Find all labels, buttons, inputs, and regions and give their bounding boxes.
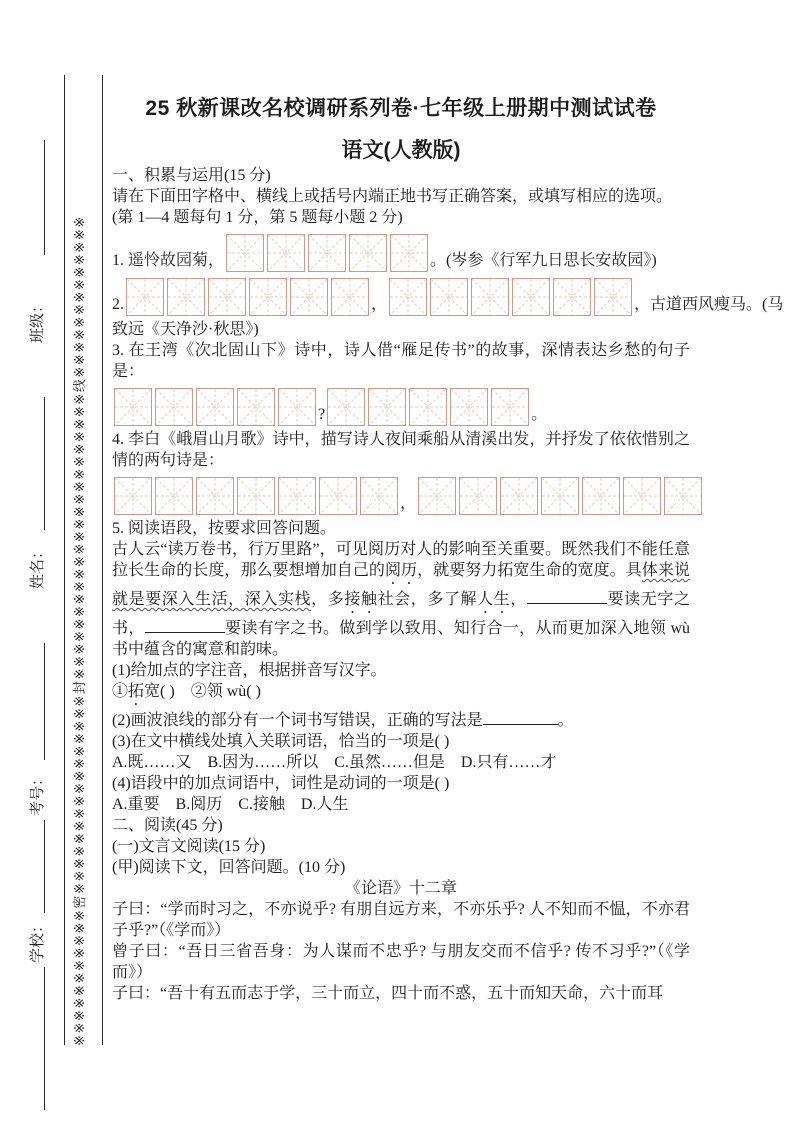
page-title: 25 秋新课改名校调研系列卷·七年级上册期中测试试卷 bbox=[112, 95, 690, 123]
article-paragraph: 曾子曰：“吾日三省吾身：为人谋而不忠乎? 与朋友交而不信乎? 传不习乎?”（《学… bbox=[112, 941, 690, 983]
answer-grid-box bbox=[389, 278, 427, 316]
field-label-class: 班级： bbox=[29, 298, 47, 343]
question-3-text: 3. 在王湾《次北固山下》诗中，诗人借“雁足传书”的故事，深情表达乡愁的句子是： bbox=[112, 340, 690, 382]
answer-grid-box bbox=[450, 388, 488, 426]
answer-grid-box bbox=[553, 278, 591, 316]
answer-grid-group bbox=[389, 278, 632, 316]
answer-grid-box bbox=[167, 278, 205, 316]
answer-grid-box bbox=[471, 278, 509, 316]
question-1-row: 1. 遥怜故园菊，。(岑参《行军九日思长安故园》) bbox=[112, 234, 690, 272]
answer-grid-box bbox=[327, 388, 365, 426]
text-run: 2. bbox=[112, 294, 124, 316]
text-run: 1. 遥怜故园菊， bbox=[112, 250, 224, 272]
seal-line-marks: ※※※※※※※※※※※密※※※※※※※※※※※※※※※※封※※※※※※※※※※※… bbox=[71, 56, 91, 1046]
answer-grid-box bbox=[623, 477, 661, 515]
answer-grid-box bbox=[237, 388, 275, 426]
answer-grid-box bbox=[196, 388, 234, 426]
text-run: ， bbox=[510, 591, 527, 608]
section1-heading: 一、积累与运用(15 分) bbox=[112, 165, 690, 186]
text-run: ① bbox=[112, 683, 128, 700]
section2-part-head: (甲)阅读下文，回答问题。(10 分) bbox=[112, 857, 690, 878]
answer-grid-box bbox=[664, 477, 702, 515]
seal-border-right bbox=[102, 75, 103, 1045]
field-blank-line bbox=[44, 967, 45, 1110]
answer-grid-box bbox=[114, 477, 152, 515]
answer-grid-box bbox=[500, 477, 538, 515]
section1-intro: 请在下面田字格中、横线上或括号内端正地书写正确答案，或填写相应的选项。 bbox=[112, 186, 690, 207]
answer-grid-box bbox=[155, 388, 193, 426]
answer-grid-box bbox=[594, 278, 632, 316]
answer-grid-box bbox=[126, 278, 164, 316]
text-run: 社会，多了解 bbox=[378, 591, 478, 608]
question-5-head: 5. 阅读语段，按要求回答问题。 bbox=[112, 518, 690, 539]
answer-grid-box bbox=[349, 234, 387, 272]
field-label-student-name: 姓名： bbox=[29, 544, 47, 589]
text-run: ? bbox=[318, 404, 325, 426]
answer-grid-group bbox=[418, 477, 702, 515]
text-run: ，就要努力拓宽生命的宽度。具 bbox=[417, 562, 642, 579]
answer-grid-box bbox=[541, 477, 579, 515]
answer-grid-box bbox=[368, 388, 406, 426]
answer-grid-box bbox=[331, 278, 369, 316]
emphasized-text: 接触 bbox=[344, 591, 377, 608]
question-5-sub4-options: A.重要 B.阅历 C.接触 D.人生 bbox=[112, 794, 690, 815]
answer-blank-line bbox=[483, 709, 558, 725]
exam-paper-page: 学校： 考号： 姓名： 班级： ※※※※※※※※※※※密※※※※※※※※※※※※… bbox=[0, 0, 793, 1122]
answer-grid-box bbox=[390, 234, 428, 272]
field-blank-line bbox=[44, 397, 45, 530]
answer-grid-box bbox=[208, 278, 246, 316]
section1-intro-scoring: (第 1—4 题每句 1 分，第 5 题每小题 2 分) bbox=[112, 207, 690, 228]
answer-grid-box bbox=[196, 477, 234, 515]
field-blank-line bbox=[44, 820, 45, 913]
answer-grid-box bbox=[278, 477, 316, 515]
answer-grid-box bbox=[155, 477, 193, 515]
question-4-answer-row: ， bbox=[112, 477, 690, 515]
answer-grid-box bbox=[226, 234, 264, 272]
article-paragraph: 子曰：“学而时习之，不亦说乎? 有朋自远方来，不亦乐乎? 人不知而不愠，不亦君子… bbox=[112, 899, 690, 941]
question-5-sub4: (4)语段中的加点词语中，词性是动词的一项是( ) bbox=[112, 773, 690, 794]
text-run: 。 bbox=[531, 404, 547, 426]
text-run: ，多 bbox=[311, 591, 344, 608]
emphasized-text: 拓 bbox=[128, 683, 144, 700]
answer-grid-box bbox=[278, 388, 316, 426]
question-2-row: 2.，，古道西风瘦马。(马 bbox=[112, 278, 690, 316]
answer-blank-line bbox=[527, 588, 607, 604]
answer-grid-box bbox=[360, 477, 398, 515]
text-run: (2)画波浪线的部分有一个词书写错误，正确的写法是 bbox=[112, 712, 483, 729]
answer-grid-box bbox=[582, 477, 620, 515]
text-run: 宽( ) ②领 wù( ) bbox=[144, 683, 261, 700]
answer-grid-box bbox=[237, 477, 275, 515]
question-5-sub1: (1)给加点的字注音，根据拼音写汉字。 bbox=[112, 660, 690, 681]
answer-grid-box bbox=[319, 477, 357, 515]
article-title: 《论语》十二章 bbox=[112, 878, 690, 899]
answer-grid-group bbox=[226, 234, 428, 272]
question-2-continuation: 致远《天净沙·秋思》) bbox=[112, 319, 690, 340]
question-3-answer-row: ?。 bbox=[112, 388, 690, 426]
answer-grid-group bbox=[114, 477, 398, 515]
answer-grid-box bbox=[491, 388, 529, 426]
answer-grid-box bbox=[114, 388, 152, 426]
emphasized-text: 人生 bbox=[477, 591, 510, 608]
answer-grid-box bbox=[418, 477, 456, 515]
answer-grid-box bbox=[308, 234, 346, 272]
answer-grid-box bbox=[249, 278, 287, 316]
field-label-exam-number: 考号： bbox=[29, 771, 47, 816]
answer-grid-group bbox=[114, 388, 316, 426]
field-blank-line bbox=[44, 140, 45, 255]
seal-border-left bbox=[64, 75, 65, 1045]
page-subtitle: 语文(人教版) bbox=[112, 137, 690, 165]
text-run: ， bbox=[371, 294, 387, 316]
question-5-sub3-options: A.既……又 B.因为……所以 C.虽然……但是 D.只有……才 bbox=[112, 752, 690, 773]
answer-grid-group bbox=[327, 388, 529, 426]
answer-grid-box bbox=[409, 388, 447, 426]
answer-grid-group bbox=[126, 278, 369, 316]
answer-grid-box bbox=[430, 278, 468, 316]
answer-grid-box bbox=[459, 477, 497, 515]
answer-grid-box bbox=[290, 278, 328, 316]
field-blank-line bbox=[44, 643, 45, 760]
text-run: 。(岑参《行军九日思长安故园》) bbox=[430, 250, 657, 272]
text-run: 。 bbox=[558, 712, 574, 729]
emphasized-text: 阅历 bbox=[385, 562, 417, 579]
article-paragraph: 子曰：“吾十有五而志于学，三十而立，四十而不惑，五十而知天命，六十而耳 bbox=[112, 983, 690, 1004]
question-5-sub2: (2)画波浪线的部分有一个词书写错误，正确的写法是。 bbox=[112, 709, 690, 731]
question-5-sub1-items: ①拓宽( ) ②领 wù( ) bbox=[112, 681, 690, 709]
answer-grid-box bbox=[267, 234, 305, 272]
question-4-text: 4. 李白《峨眉山月歌》诗中，描写诗人夜间乘船从清溪出发，并抒发了依依惜别之情的… bbox=[112, 429, 690, 471]
text-run: ，古道西风瘦马。(马 bbox=[634, 294, 783, 316]
answer-blank-line bbox=[145, 617, 225, 633]
section2-heading: 二、阅读(45 分) bbox=[112, 815, 690, 836]
text-run: ， bbox=[400, 493, 416, 515]
question-5-passage: 古人云“读万卷书，行万里路”，可见阅历对人的影响至关重要。既然我们不能任意拉长生… bbox=[112, 539, 690, 660]
exam-content: 25 秋新课改名校调研系列卷·七年级上册期中测试试卷 语文(人教版) 一、积累与… bbox=[112, 95, 690, 1004]
section2-sub-heading: (一)文言文阅读(15 分) bbox=[112, 836, 690, 857]
question-5-sub3: (3)在文中横线处填入关联词语，恰当的一项是( ) bbox=[112, 731, 690, 752]
field-label-school: 学校： bbox=[29, 918, 47, 963]
answer-grid-box bbox=[512, 278, 550, 316]
